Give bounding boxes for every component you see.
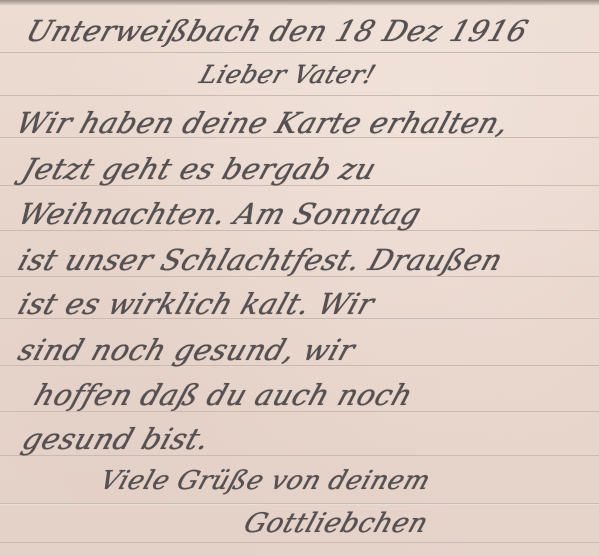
dateline: Unterweißbach den 18 Dez 1916 [22, 14, 532, 48]
letter-line: hoffen daß du auch noch [30, 378, 417, 412]
letter-line: Jetzt geht es bergab zu [18, 152, 381, 186]
letter-line: sind noch gesund, wir [14, 333, 359, 367]
salutation: Lieber Vater! [196, 60, 380, 89]
ruled-line [0, 52, 599, 53]
letter-line: gesund bist. [18, 422, 214, 456]
letter-line: ist unser Schlachtfest. Draußen [14, 243, 507, 277]
paper-top-edge [0, 0, 599, 6]
letter-paper: Unterweißbach den 18 Dez 1916 Lieber Vat… [0, 0, 599, 556]
closing-line: Viele Grüße von deinem [96, 466, 434, 496]
ruled-line [0, 542, 599, 543]
ruled-line [0, 95, 599, 96]
letter-line: ist es wirklich kalt. Wir [14, 287, 379, 321]
letter-line: Weihnachten. Am Sonntag [14, 197, 426, 231]
letter-line: Wir haben deine Karte erhalten, [12, 106, 514, 140]
signature: Gottliebchen [240, 508, 432, 539]
paper-fold-crease [0, 503, 599, 506]
